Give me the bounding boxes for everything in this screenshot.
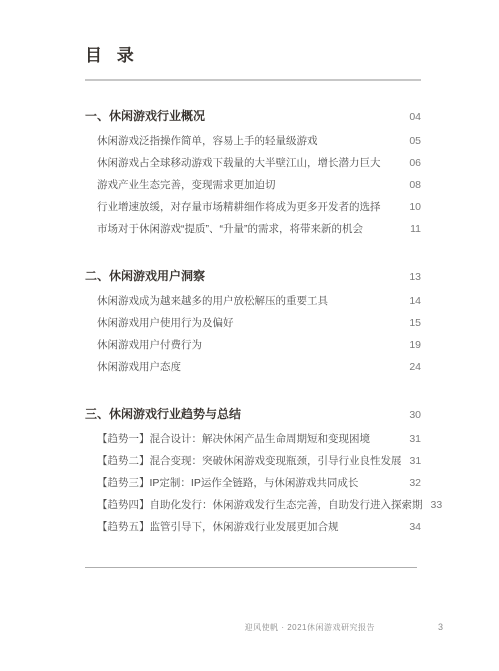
toc-entry-page-number: 14 bbox=[409, 293, 421, 309]
toc-entry-page-number: 24 bbox=[409, 359, 421, 375]
toc-entry-label: 休闲游戏占全球移动游戏下载量的大半壁江山，增长潜力巨大 bbox=[97, 155, 381, 171]
toc-entry[interactable]: 【趋势一】混合设计：解决休闲产品生命周期短和变现困境31 bbox=[85, 431, 421, 447]
toc-entry-label: 【趋势四】自助化发行：休闲游戏发行生态完善，自助发行进入探索期 bbox=[97, 497, 423, 513]
toc-entry-label: 三、休闲游戏行业趋势与总结 bbox=[85, 406, 241, 422]
toc-entry[interactable]: 【趋势二】混合变现：突破休闲游戏变现瓶颈，引导行业良性发展31 bbox=[85, 453, 421, 469]
toc-entry-label: 休闲游戏用户态度 bbox=[97, 359, 181, 375]
page-title: 目 录 bbox=[85, 44, 421, 68]
toc-entry[interactable]: 游戏产业生态完善，变现需求更加迫切08 bbox=[85, 177, 421, 193]
toc-entry-page-number: 19 bbox=[409, 337, 421, 353]
toc-entry-label: 休闲游戏成为越来越多的用户放松解压的重要工具 bbox=[97, 293, 328, 309]
table-of-contents: 一、休闲游戏行业概况04休闲游戏泛指操作简单，容易上手的轻量级游戏05休闲游戏占… bbox=[85, 108, 421, 535]
toc-entry-page-number: 15 bbox=[409, 315, 421, 331]
toc-entry-page-number: 08 bbox=[409, 177, 421, 193]
toc-section-heading[interactable]: 一、休闲游戏行业概况04 bbox=[85, 108, 421, 125]
toc-entry-label: 【趋势一】混合设计：解决休闲产品生命周期短和变现困境 bbox=[97, 431, 370, 447]
toc-section: 三、休闲游戏行业趋势与总结30【趋势一】混合设计：解决休闲产品生命周期短和变现困… bbox=[85, 406, 421, 535]
toc-entry-label: 市场对于休闲游戏“提质”、“升量”的需求，将带来新的机会 bbox=[97, 221, 363, 237]
toc-entry-label: 休闲游戏用户使用行为及偏好 bbox=[97, 315, 234, 331]
report-page: 目 录 一、休闲游戏行业概况04休闲游戏泛指操作简单，容易上手的轻量级游戏05休… bbox=[0, 0, 499, 671]
toc-section-heading[interactable]: 二、休闲游戏用户洞察13 bbox=[85, 268, 421, 285]
toc-entry-page-number: 04 bbox=[409, 109, 421, 125]
toc-entry-label: 休闲游戏泛指操作简单，容易上手的轻量级游戏 bbox=[97, 133, 318, 149]
toc-entry-page-number: 06 bbox=[409, 155, 421, 171]
footer-page-number: 3 bbox=[438, 622, 443, 632]
footer-divider bbox=[85, 567, 417, 568]
title-divider bbox=[85, 79, 421, 81]
toc-entry-page-number: 11 bbox=[410, 221, 421, 237]
toc-section: 二、休闲游戏用户洞察13休闲游戏成为越来越多的用户放松解压的重要工具14休闲游戏… bbox=[85, 268, 421, 375]
toc-section: 一、休闲游戏行业概况04休闲游戏泛指操作简单，容易上手的轻量级游戏05休闲游戏占… bbox=[85, 108, 421, 237]
toc-entry-page-number: 34 bbox=[409, 519, 421, 535]
toc-entry[interactable]: 【趋势三】IP定制：IP运作全链路，与休闲游戏共同成长32 bbox=[85, 475, 421, 491]
toc-entry-label: 【趋势三】IP定制：IP运作全链路，与休闲游戏共同成长 bbox=[97, 475, 358, 491]
toc-entry-label: 休闲游戏用户付费行为 bbox=[97, 337, 202, 353]
toc-entry-page-number: 30 bbox=[409, 407, 421, 423]
toc-entry-page-number: 32 bbox=[409, 475, 421, 491]
toc-entry[interactable]: 休闲游戏泛指操作简单，容易上手的轻量级游戏05 bbox=[85, 133, 421, 149]
toc-section-heading[interactable]: 三、休闲游戏行业趋势与总结30 bbox=[85, 406, 421, 423]
toc-entry-label: 行业增速放缓，对存量市场精耕细作将成为更多开发者的选择 bbox=[97, 199, 381, 215]
toc-entry-page-number: 31 bbox=[410, 453, 422, 469]
toc-entry-page-number: 31 bbox=[409, 431, 421, 447]
toc-entry-label: 游戏产业生态完善，变现需求更加迫切 bbox=[97, 177, 276, 193]
toc-entry-label: 一、休闲游戏行业概况 bbox=[85, 108, 205, 124]
toc-entry-label: 二、休闲游戏用户洞察 bbox=[85, 268, 205, 284]
toc-entry[interactable]: 【趋势五】监管引导下，休闲游戏行业发展更加合规34 bbox=[85, 519, 421, 535]
toc-entry-page-number: 33 bbox=[431, 497, 443, 513]
toc-entry-label: 【趋势二】混合变现：突破休闲游戏变现瓶颈，引导行业良性发展 bbox=[97, 453, 402, 469]
toc-entry[interactable]: 休闲游戏用户使用行为及偏好15 bbox=[85, 315, 421, 331]
toc-entry-page-number: 10 bbox=[409, 199, 421, 215]
toc-entry-page-number: 05 bbox=[409, 133, 421, 149]
toc-entry[interactable]: 休闲游戏成为越来越多的用户放松解压的重要工具14 bbox=[85, 293, 421, 309]
toc-entry[interactable]: 休闲游戏用户付费行为19 bbox=[85, 337, 421, 353]
footer-report-label: 迎风使帆 · 2021休闲游戏研究报告 bbox=[245, 622, 375, 633]
toc-entry[interactable]: 休闲游戏用户态度24 bbox=[85, 359, 421, 375]
toc-entry[interactable]: 市场对于休闲游戏“提质”、“升量”的需求，将带来新的机会11 bbox=[85, 221, 421, 237]
toc-content: 目 录 一、休闲游戏行业概况04休闲游戏泛指操作简单，容易上手的轻量级游戏05休… bbox=[85, 0, 421, 541]
toc-entry[interactable]: 休闲游戏占全球移动游戏下载量的大半壁江山，增长潜力巨大06 bbox=[85, 155, 421, 171]
toc-entry[interactable]: 行业增速放缓，对存量市场精耕细作将成为更多开发者的选择10 bbox=[85, 199, 421, 215]
toc-entry-label: 【趋势五】监管引导下，休闲游戏行业发展更加合规 bbox=[97, 519, 339, 535]
toc-entry[interactable]: 【趋势四】自助化发行：休闲游戏发行生态完善，自助发行进入探索期33 bbox=[85, 497, 421, 513]
toc-entry-page-number: 13 bbox=[409, 269, 421, 285]
